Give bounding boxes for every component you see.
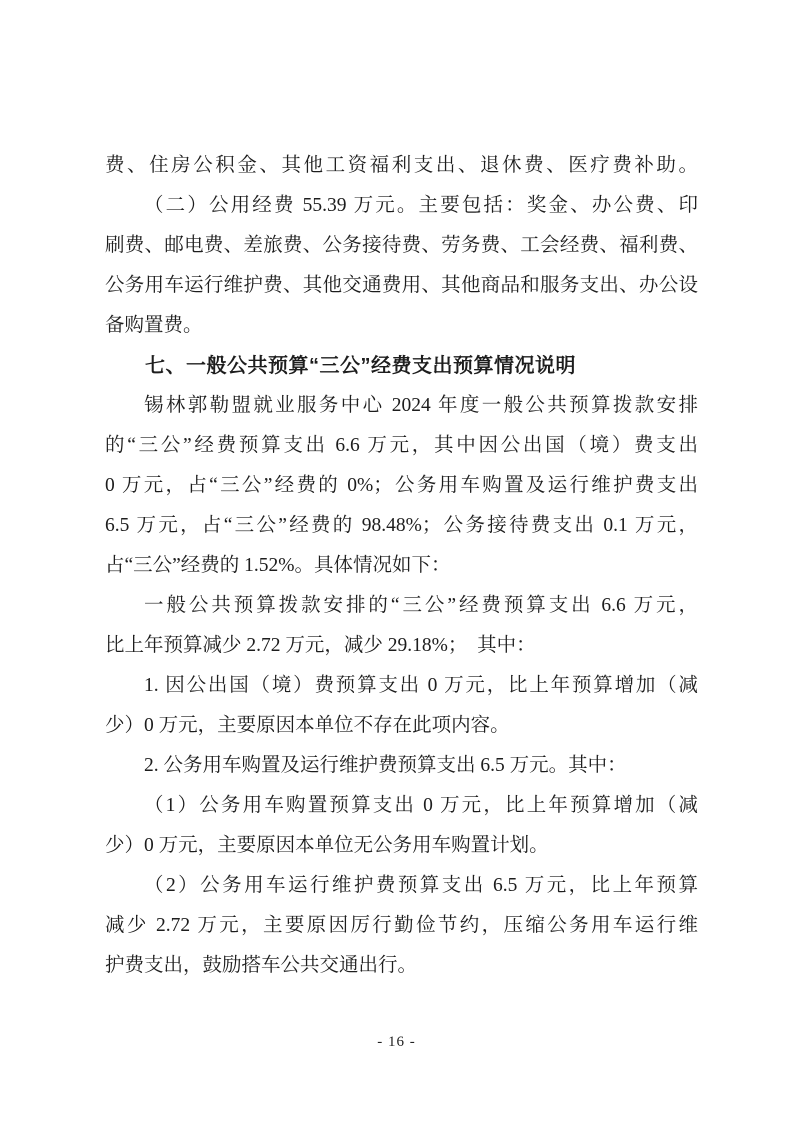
text-line: 费、住房公积金、其他工资福利支出、退休费、医疗费补助。 — [105, 146, 698, 186]
text-line: 刷费、邮电费、差旅费、公务接待费、劳务费、工会经费、福利费、 — [105, 226, 698, 266]
page-footer: - 16 - — [0, 1032, 793, 1052]
text-line: （1）公务用车购置预算支出 0 万元，比上年预算增加（减 — [105, 786, 698, 826]
text-line: 一般公共预算拨款安排的“三公”经费预算支出 6.6 万元， — [105, 586, 698, 626]
page-number: - 16 - — [377, 1034, 416, 1050]
document-content: 费、住房公积金、其他工资福利支出、退休费、医疗费补助。 （二）公用经费 55.3… — [105, 146, 698, 986]
text-line: 锡林郭勒盟就业服务中心 2024 年度一般公共预算拨款安排 — [105, 386, 698, 426]
text-line: 备购置费。 — [105, 306, 698, 346]
text-line: 少）0 万元，主要原因本单位无公务用车购置计划。 — [105, 826, 698, 866]
section-heading: 七、一般公共预算“三公”经费支出预算情况说明 — [105, 346, 698, 386]
document-page: 费、住房公积金、其他工资福利支出、退休费、医疗费补助。 （二）公用经费 55.3… — [0, 0, 793, 1122]
text-line: 2. 公务用车购置及运行维护费预算支出 6.5 万元。其中： — [105, 746, 698, 786]
text-line: 比上年预算减少 2.72 万元，减少 29.18%； 其中： — [105, 626, 698, 666]
text-line: 减少 2.72 万元，主要原因厉行勤俭节约，压缩公务用车运行维 — [105, 906, 698, 946]
text-line: 占“三公”经费的 1.52%。具体情况如下： — [105, 546, 698, 586]
text-line: 公务用车运行维护费、其他交通费用、其他商品和服务支出、办公设 — [105, 266, 698, 306]
text-line: 护费支出，鼓励搭车公共交通出行。 — [105, 946, 698, 986]
text-line: 1. 因公出国（境）费预算支出 0 万元，比上年预算增加（减 — [105, 666, 698, 706]
text-line: 的“三公”经费预算支出 6.6 万元，其中因公出国（境）费支出 — [105, 426, 698, 466]
text-line: （二）公用经费 55.39 万元。主要包括：奖金、办公费、印 — [105, 186, 698, 226]
text-line: （2）公务用车运行维护费预算支出 6.5 万元，比上年预算 — [105, 866, 698, 906]
text-line: 0 万元，占“三公”经费的 0%；公务用车购置及运行维护费支出 — [105, 466, 698, 506]
text-line: 6.5 万元，占“三公”经费的 98.48%；公务接待费支出 0.1 万元， — [105, 506, 698, 546]
text-line: 少）0 万元，主要原因本单位不存在此项内容。 — [105, 706, 698, 746]
